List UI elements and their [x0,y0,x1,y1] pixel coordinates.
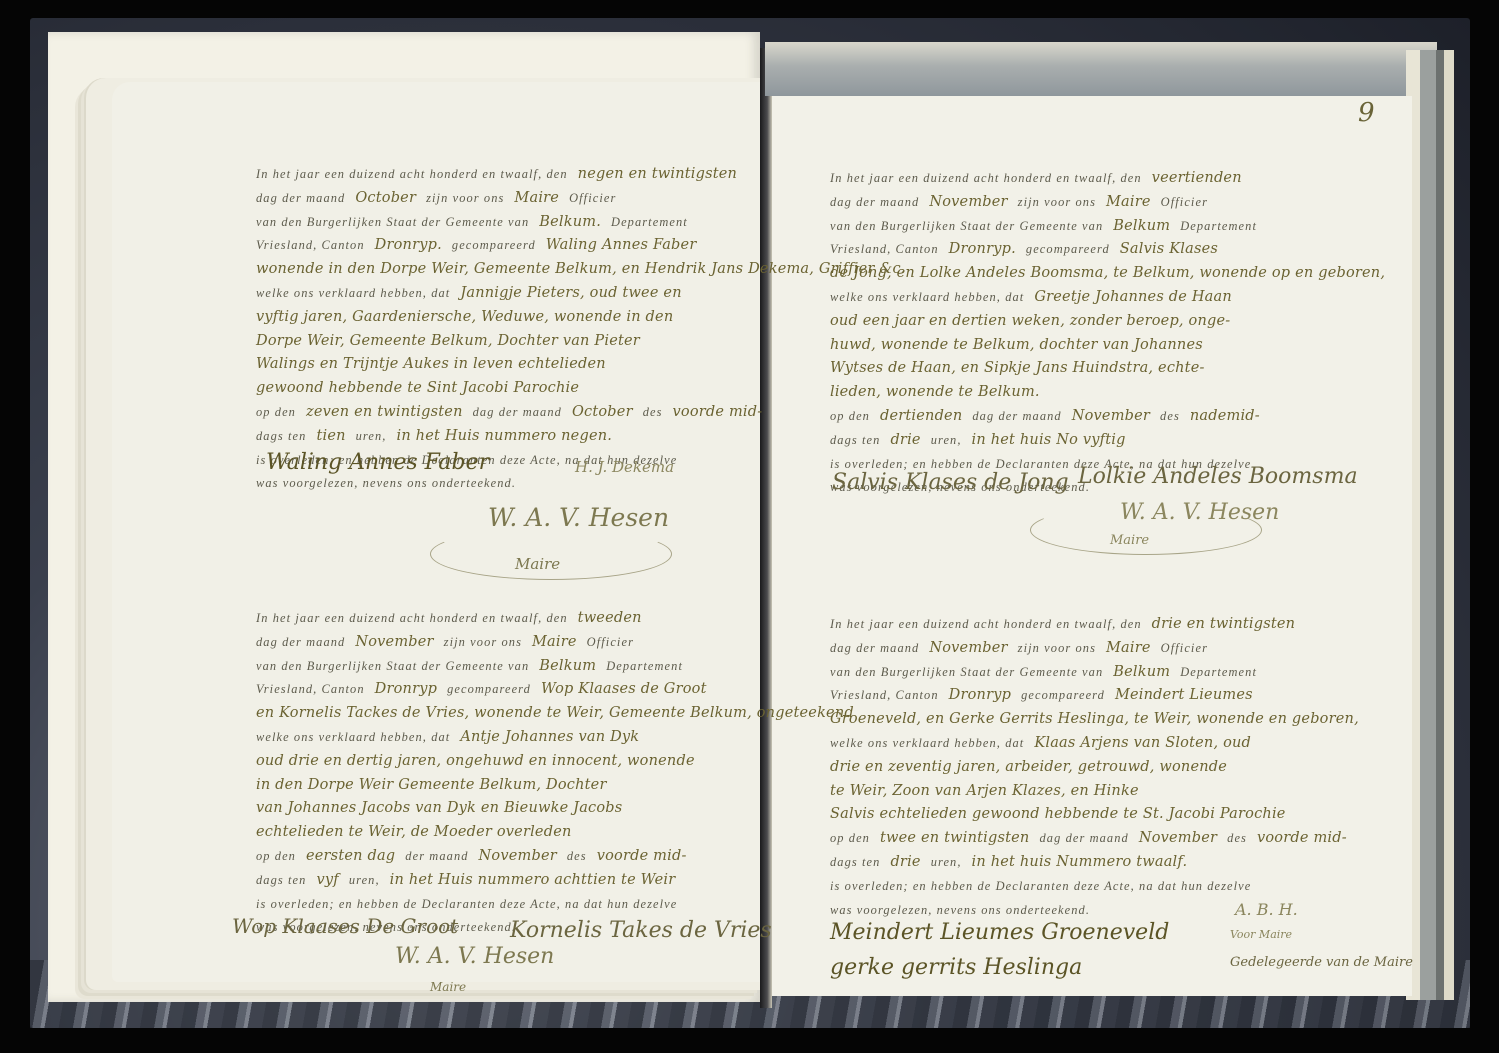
right-page-edges [1406,50,1454,1000]
printed-text: uren, [349,873,380,887]
printed-text: gecompareerd [452,238,536,252]
handwritten-text: Maire [514,190,559,206]
printed-text: des [643,405,663,419]
page-number: 9 [1358,98,1375,128]
record-line: dag der maandNovemberzijn voor onsMaireO… [830,190,1360,214]
handwritten-text: wonende in den Dorpe Weir, Gemeente Belk… [256,261,906,277]
handwritten-text: lieden, wonende te Belkum. [830,384,1040,400]
record-line: dag der maandNovemberzijn voor onsMaireO… [256,630,766,654]
handwritten-text: voorde mid- [673,404,763,420]
maire-title: Maire [430,980,466,994]
record-line: Vriesland, CantonDronrypgecompareerdMein… [830,683,1360,707]
printed-text: dag der maand [256,635,345,649]
handwritten-text: negen en twintigsten [578,166,737,182]
handwritten-text: Wop Klaases de Groot [541,681,707,697]
handwritten-text: de Jong, en Lolke Andeles Boomsma, te Be… [830,265,1385,281]
official-title: Gedelegeerde van de Maire [1230,955,1413,970]
handwritten-text: twee en twintigsten [880,830,1030,846]
death-record: In het jaar een duizend acht honderd en … [830,612,1360,921]
handwritten-text: Dorpe Weir, Gemeente Belkum, Dochter van… [256,333,640,349]
printed-text: In het jaar een duizend acht honderd en … [830,171,1142,185]
signature: Wop Klaases De Groot [232,914,458,938]
record-line: Vriesland, CantonDronryp.gecompareerdSal… [830,237,1360,261]
handwritten-text: Greetje Johannes de Haan [1034,289,1232,305]
handwritten-text: November [1072,408,1150,424]
printed-text: welke ons verklaard hebben, dat [830,290,1024,304]
record-line: dags tendrieuren,in het huis Nummero twa… [830,850,1360,874]
printed-text: op den [256,849,296,863]
printed-text: welke ons verklaard hebben, dat [830,736,1024,750]
handwritten-text: Belkum [1113,664,1170,680]
record-line: oud drie en dertig jaren, ongehuwd en in… [256,749,766,773]
handwritten-text: vyftig jaren, Gaardeniersche, Weduwe, wo… [256,309,673,325]
official-title: Voor Maire [1230,928,1292,941]
printed-text: Departement [1180,219,1257,233]
printed-text: dags ten [256,429,306,443]
printed-text: Vriesland, Canton [256,682,365,696]
record-line: van den Burgerlijken Staat der Gemeente … [830,660,1360,684]
handwritten-text: drie en twintigsten [1152,616,1296,632]
record-line: te Weir, Zoon van Arjen Klazes, en Hinke [830,779,1360,803]
printed-text: In het jaar een duizend acht honderd en … [256,167,568,181]
signature: Waling Annes Faber [266,450,489,475]
record-line: welke ons verklaard hebben, datGreetje J… [830,285,1360,309]
handwritten-text: Antje Johannes van Dyk [460,729,639,745]
handwritten-text: November [929,194,1007,210]
death-record: In het jaar een duizend acht honderd en … [256,606,766,939]
handwritten-text: Waling Annes Faber [546,237,697,253]
handwritten-text: Maire [532,634,577,650]
record-line: welke ons verklaard hebben, datAntje Joh… [256,725,766,749]
handwritten-text: nademid- [1190,408,1260,424]
printed-text: Officier [1161,195,1208,209]
record-line: van den Burgerlijken Staat der Gemeente … [256,210,766,234]
handwritten-text: dertienden [880,408,962,424]
record-line: dag der maandOctoberzijn voor onsMaireOf… [256,186,766,210]
printed-text: is overleden; en hebben de Declaranten d… [830,879,1251,893]
printed-text: Vriesland, Canton [830,242,939,256]
record-line: de Jong, en Lolke Andeles Boomsma, te Be… [830,261,1360,285]
record-line: echtelieden te Weir, de Moeder overleden [256,820,766,844]
right-page-stack-top [765,42,1437,96]
printed-text: dags ten [256,873,306,887]
record-line: In het jaar een duizend acht honderd en … [256,606,766,630]
printed-text: van den Burgerlijken Staat der Gemeente … [256,215,529,229]
printed-text: gecompareerd [1026,242,1110,256]
handwritten-text: drie [890,432,920,448]
printed-text: der maand [405,849,468,863]
handwritten-text: echtelieden te Weir, de Moeder overleden [256,824,572,840]
handwritten-text: Belkum. [539,214,601,230]
record-line: op dendertiendendag der maandNovemberdes… [830,404,1360,428]
signature-flourish [1030,505,1262,555]
signature: H. J. Dekema [575,458,674,476]
record-line: is overleden; en hebben de Declaranten d… [256,892,766,916]
record-line: drie en zeventig jaren, arbeider, getrou… [830,755,1360,779]
record-line: en Kornelis Tackes de Vries, wonende te … [256,701,766,725]
handwritten-text: drie [890,854,920,870]
printed-text: dag der maand [1039,831,1128,845]
printed-text: op den [830,831,870,845]
handwritten-text: oud een jaar en dertien weken, zonder be… [830,313,1230,329]
printed-text: Vriesland, Canton [830,688,939,702]
record-line: van den Burgerlijken Staat der Gemeente … [830,214,1360,238]
record-line: Salvis echtelieden gewoond hebbende te S… [830,802,1360,826]
handwritten-text: zeven en twintigsten [306,404,463,420]
printed-text: welke ons verklaard hebben, dat [256,730,450,744]
handwritten-text: gewoond hebbende te Sint Jacobi Parochie [256,380,579,396]
record-line: gewoond hebbende te Sint Jacobi Parochie [256,376,766,400]
handwritten-text: in het Huis nummero achttien te Weir [390,872,676,888]
handwritten-text: tien [316,428,345,444]
printed-text: des [1227,831,1247,845]
handwritten-text: Salvis Klases [1120,241,1218,257]
record-line: in den Dorpe Weir Gemeente Belkum, Docht… [256,773,766,797]
handwritten-text: Meindert Lieumes [1115,687,1253,703]
printed-text: van den Burgerlijken Staat der Gemeente … [830,219,1103,233]
maire-signature: W. A. V. Hesen [488,503,669,532]
record-line: lieden, wonende te Belkum. [830,380,1360,404]
handwritten-text: Dronryp [375,681,437,697]
record-line: van Johannes Jacobs van Dyk en Bieuwke J… [256,796,766,820]
signature: gerke gerrits Heslinga [830,955,1082,980]
printed-text: In het jaar een duizend acht honderd en … [256,611,568,625]
handwritten-text: in het huis Nummero twaalf. [972,854,1188,870]
record-line: In het jaar een duizend acht honderd en … [256,162,766,186]
record-line: op deneersten dagder maandNovemberdesvoo… [256,844,766,868]
handwritten-text: November [929,640,1007,656]
record-line: dag der maandNovemberzijn voor onsMaireO… [830,636,1360,660]
handwritten-text: Maire [1106,194,1151,210]
record-line: Vriesland, CantonDronryp.gecompareerdWal… [256,233,766,257]
printed-text: was voorgelezen, nevens ons onderteekend… [830,903,1090,917]
printed-text: des [567,849,587,863]
handwritten-text: vyf [316,872,338,888]
printed-text: Officier [1161,641,1208,655]
record-line: Dorpe Weir, Gemeente Belkum, Dochter van… [256,329,766,353]
printed-text: dags ten [830,855,880,869]
printed-text: des [1160,409,1180,423]
handwritten-text: Groeneveld, en Gerke Gerrits Heslinga, t… [830,711,1359,727]
handwritten-text: in het Huis nummero negen. [397,428,613,444]
record-line: welke ons verklaard hebben, datJannigje … [256,281,766,305]
handwritten-text: huwd, wonende te Belkum, dochter van Joh… [830,337,1203,353]
signature-flourish [430,528,672,580]
handwritten-text: Wytses de Haan, en Sipkje Jans Huindstra… [830,360,1205,376]
printed-text: dag der maand [830,195,919,209]
printed-text: was voorgelezen, nevens ons onderteekend… [256,476,516,490]
maire-signature: W. A. V. Hesen [395,944,554,969]
handwritten-text: Dronryp [949,687,1011,703]
record-line: van den Burgerlijken Staat der Gemeente … [256,654,766,678]
handwritten-text: oud drie en dertig jaren, ongehuwd en in… [256,753,695,769]
death-record: In het jaar een duizend acht honderd en … [256,162,766,495]
handwritten-text: October [355,190,416,206]
handwritten-text: Walings en Trijntje Aukes in leven echte… [256,356,606,372]
printed-text: op den [256,405,296,419]
record-line: Vriesland, CantonDronrypgecompareerdWop … [256,677,766,701]
record-line: dags tenvyfuren,in het Huis nummero acht… [256,868,766,892]
printed-text: zijn voor ons [1018,195,1096,209]
handwritten-text: eersten dag [306,848,395,864]
printed-text: gecompareerd [447,682,531,696]
handwritten-text: November [355,634,433,650]
handwritten-text: Dronryp. [375,237,442,253]
record-line: In het jaar een duizend acht honderd en … [830,166,1360,190]
handwritten-text: Belkum [539,658,596,674]
record-line: op denzeven en twintigstendag der maandO… [256,400,766,424]
record-line: Wytses de Haan, en Sipkje Jans Huindstra… [830,356,1360,380]
printed-text: zijn voor ons [426,191,504,205]
handwritten-text: te Weir, Zoon van Arjen Klazes, en Hinke [830,783,1139,799]
handwritten-text: drie en zeventig jaren, arbeider, getrou… [830,759,1227,775]
record-line: wonende in den Dorpe Weir, Gemeente Belk… [256,257,766,281]
record-line: huwd, wonende te Belkum, dochter van Joh… [830,333,1360,357]
printed-text: dags ten [830,433,880,447]
record-line: dags tendrieuren,in het huis No vyftig [830,428,1360,452]
record-line: dags tentienuren,in het Huis nummero neg… [256,424,766,448]
handwritten-text: voorde mid- [597,848,687,864]
printed-text: welke ons verklaard hebben, dat [256,286,450,300]
record-line: In het jaar een duizend acht honderd en … [830,612,1360,636]
printed-text: van den Burgerlijken Staat der Gemeente … [830,665,1103,679]
record-line: oud een jaar en dertien weken, zonder be… [830,309,1360,333]
printed-text: uren, [931,855,962,869]
record-line: Walings en Trijntje Aukes in leven echte… [256,352,766,376]
official-signature: A. B. H. [1235,900,1298,919]
handwritten-text: voorde mid- [1257,830,1347,846]
signature: Lolkie Andeles Boomsma [1078,464,1358,489]
handwritten-text: October [572,404,633,420]
record-line: op dentwee en twintigstendag der maandNo… [830,826,1360,850]
handwritten-text: Jannigje Pieters, oud twee en [460,285,681,301]
handwritten-text: van Johannes Jacobs van Dyk en Bieuwke J… [256,800,622,816]
printed-text: Officier [569,191,616,205]
handwritten-text: tweeden [578,610,642,626]
signature: Meindert Lieumes Groeneveld [830,920,1169,945]
handwritten-text: in het huis No vyftig [972,432,1126,448]
handwritten-text: November [1139,830,1217,846]
printed-text: dag der maand [830,641,919,655]
printed-text: is overleden; en hebben de Declaranten d… [256,897,677,911]
handwritten-text: in den Dorpe Weir Gemeente Belkum, Docht… [256,777,607,793]
printed-text: Officier [587,635,634,649]
printed-text: uren, [931,433,962,447]
printed-text: Departement [611,215,688,229]
record-line: Groeneveld, en Gerke Gerrits Heslinga, t… [830,707,1360,731]
handwritten-text: Klaas Arjens van Sloten, oud [1034,735,1251,751]
record-line: is overleden; en hebben de Declaranten d… [830,874,1360,898]
printed-text: dag der maand [256,191,345,205]
printed-text: dag der maand [972,409,1061,423]
signature: Salvis Klases de Jong [832,470,1069,495]
printed-text: dag der maand [473,405,562,419]
printed-text: zijn voor ons [1018,641,1096,655]
printed-text: zijn voor ons [444,635,522,649]
handwritten-text: November [479,848,557,864]
printed-text: van den Burgerlijken Staat der Gemeente … [256,659,529,673]
handwritten-text: en Kornelis Tackes de Vries, wonende te … [256,705,854,721]
handwritten-text: Salvis echtelieden gewoond hebbende te S… [830,806,1286,822]
printed-text: op den [830,409,870,423]
death-record: In het jaar een duizend acht honderd en … [830,166,1360,499]
printed-text: Vriesland, Canton [256,238,365,252]
printed-text: Departement [1180,665,1257,679]
record-line: vyftig jaren, Gaardeniersche, Weduwe, wo… [256,305,766,329]
signature: Kornelis Takes de Vries [510,918,772,943]
handwritten-text: veertienden [1152,170,1242,186]
record-line: welke ons verklaard hebben, datKlaas Arj… [830,731,1360,755]
printed-text: In het jaar een duizend acht honderd en … [830,617,1142,631]
handwritten-text: Maire [1106,640,1151,656]
printed-text: uren, [356,429,387,443]
printed-text: Departement [606,659,683,673]
handwritten-text: Belkum [1113,218,1170,234]
handwritten-text: Dronryp. [949,241,1016,257]
printed-text: gecompareerd [1021,688,1105,702]
